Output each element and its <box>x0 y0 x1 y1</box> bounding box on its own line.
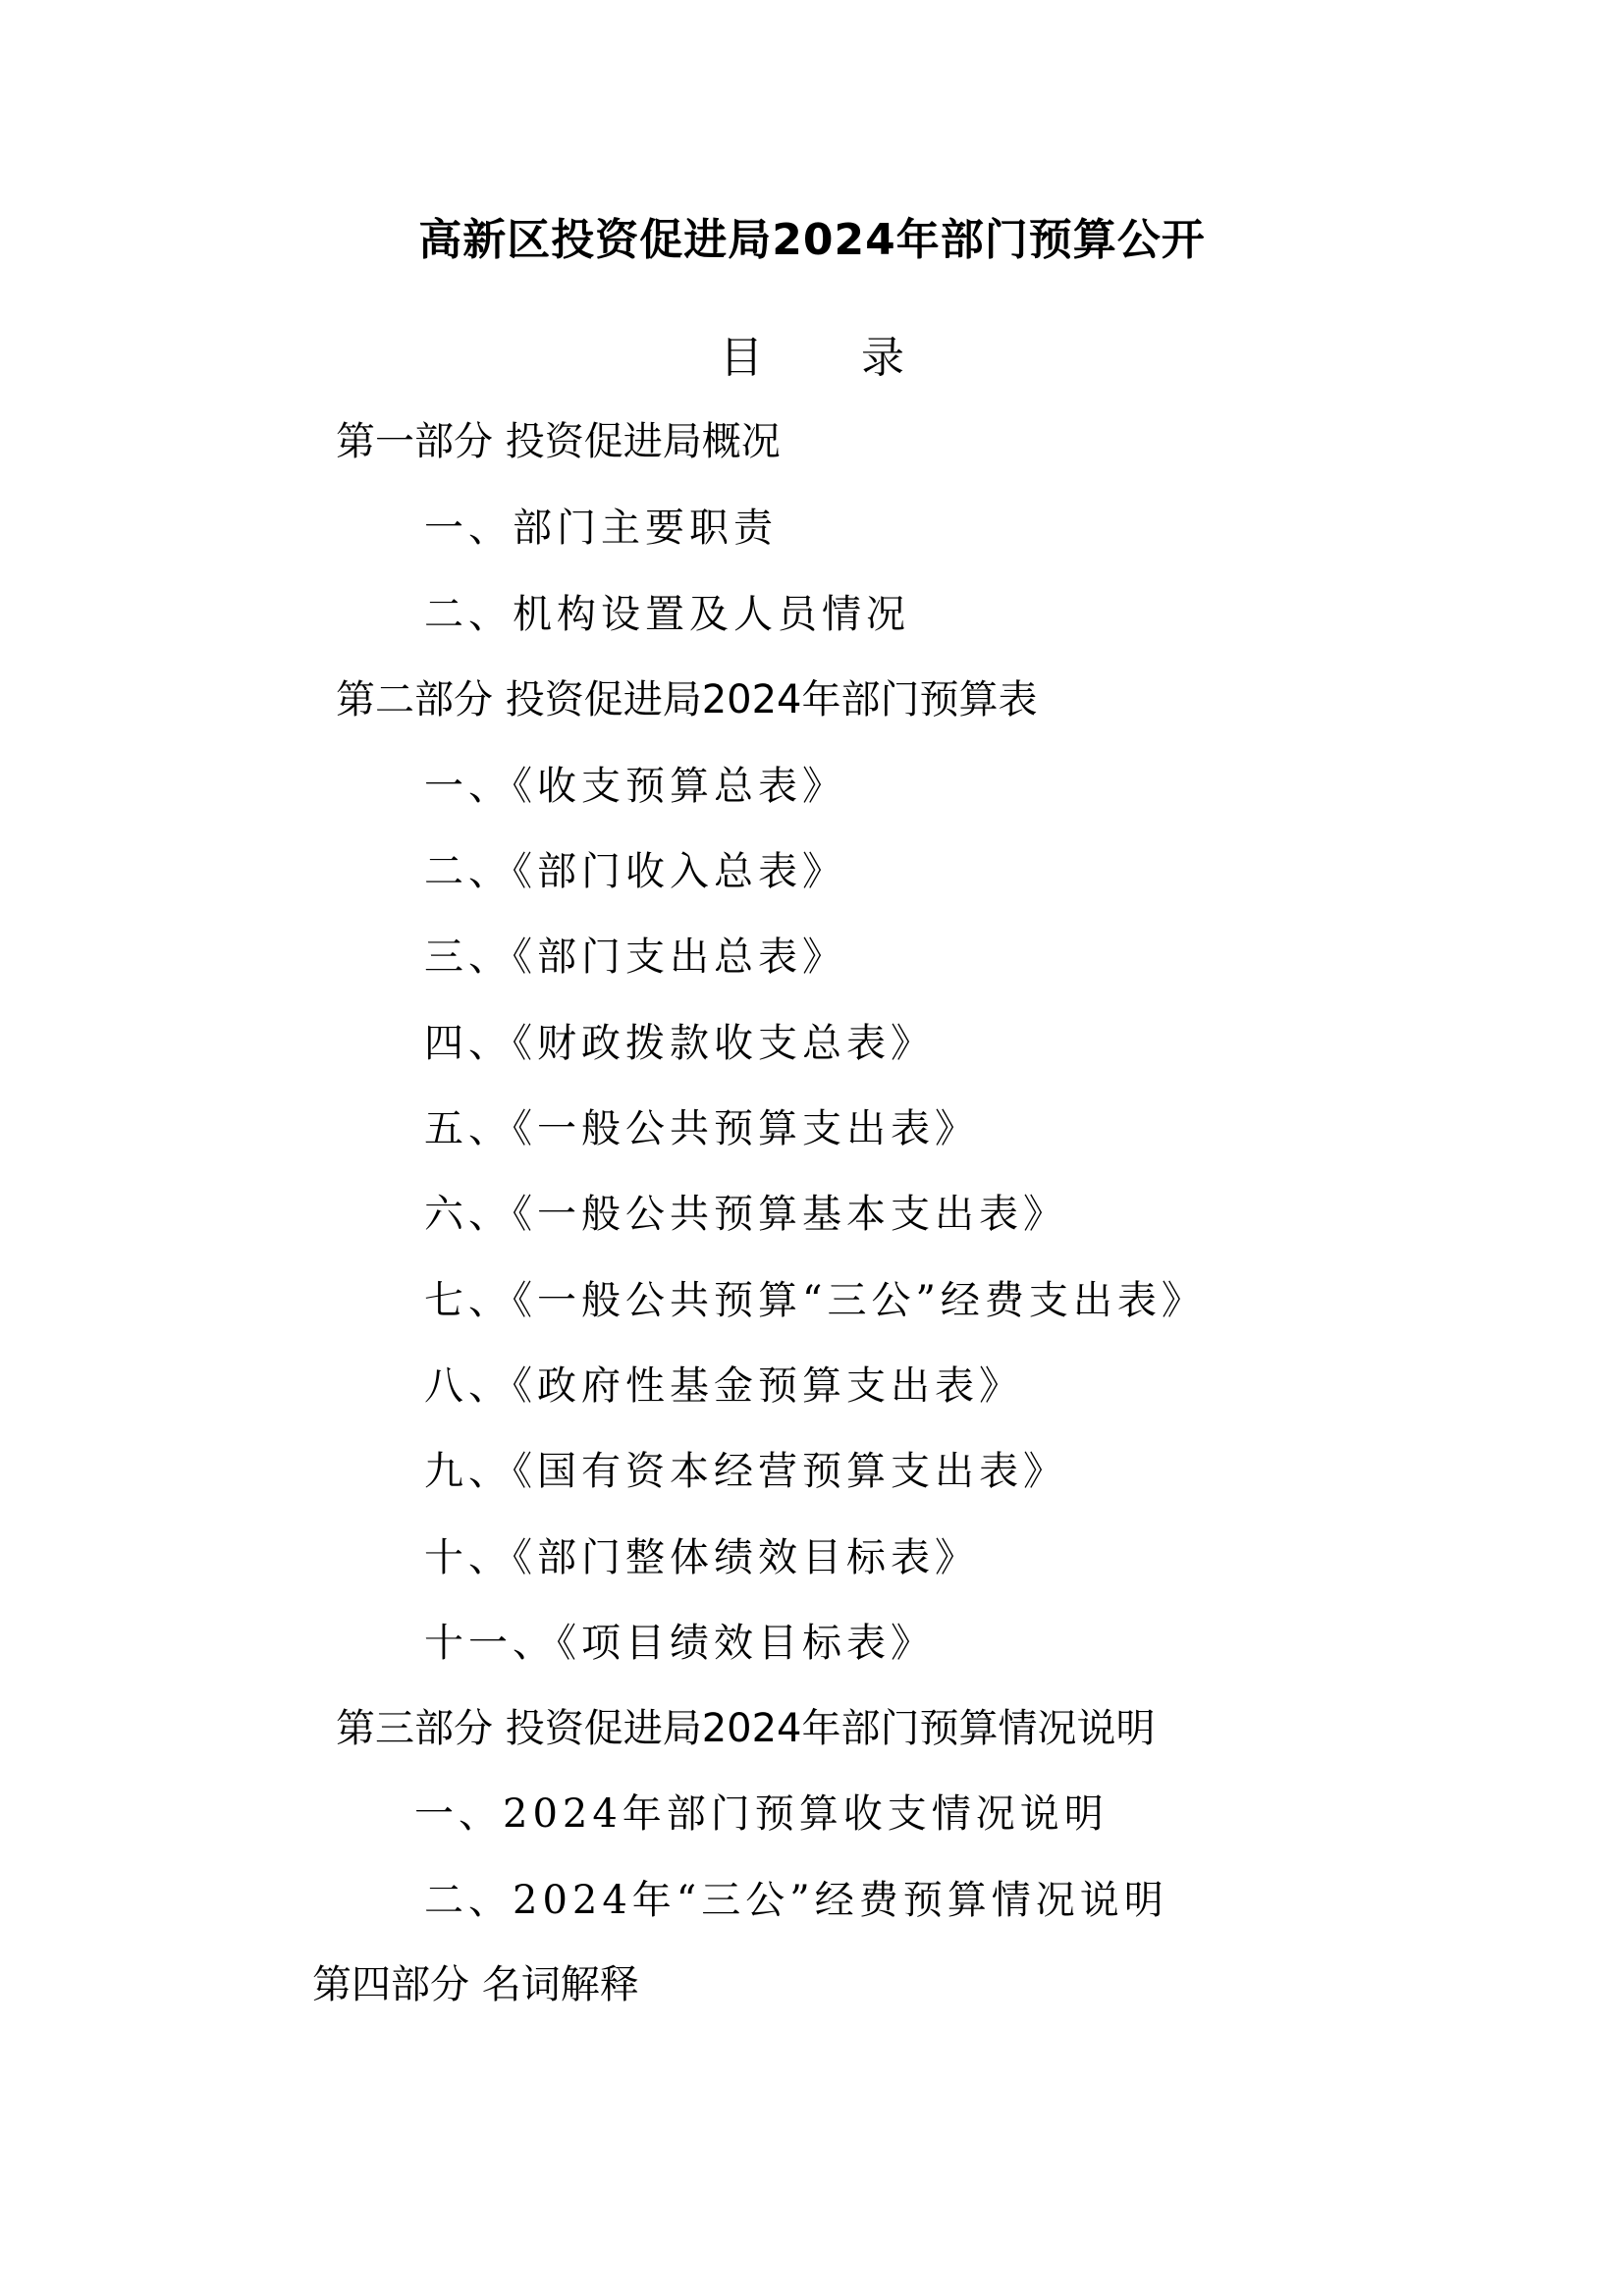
toc-item-1-2[interactable]: 二、机构设置及人员情况 <box>424 585 910 644</box>
toc-item-1-1[interactable]: 一、部门主要职责 <box>424 499 778 558</box>
document-page: 高新区投资促进局2024年部门预算公开 目录 第一部分 投资促进局概况 一、部门… <box>0 0 1624 2296</box>
toc-part-1[interactable]: 第一部分 投资促进局概况 <box>336 412 781 471</box>
toc-item-2-2[interactable]: 二、《部门收入总表》 <box>424 842 846 901</box>
toc-item-2-11[interactable]: 十一、《项目绩效目标表》 <box>424 1614 935 1673</box>
document-title: 高新区投资促进局2024年部门预算公开 <box>0 206 1624 275</box>
toc-item-2-6[interactable]: 六、《一般公共预算基本支出表》 <box>424 1185 1067 1244</box>
toc-part-3[interactable]: 第三部分 投资促进局2024年部门预算情况说明 <box>336 1699 1156 1758</box>
toc-heading-right: 录 <box>861 333 904 383</box>
toc-item-2-3[interactable]: 三、《部门支出总表》 <box>424 928 846 987</box>
toc-item-2-4[interactable]: 四、《财政拨款收支总表》 <box>424 1014 935 1073</box>
toc-item-2-8[interactable]: 八、《政府性基金预算支出表》 <box>424 1357 1023 1415</box>
toc-item-3-2[interactable]: 二、2024年“三公”经费预算情况说明 <box>424 1871 1168 1930</box>
toc-part-2[interactable]: 第二部分 投资促进局2024年部门预算表 <box>336 670 1038 729</box>
toc-item-2-7[interactable]: 七、《一般公共预算“三公”经费支出表》 <box>424 1271 1206 1330</box>
toc-heading-left: 目 <box>720 333 763 383</box>
toc-item-2-9[interactable]: 九、《国有资本经营预算支出表》 <box>424 1442 1067 1501</box>
toc-item-2-1[interactable]: 一、《收支预算总表》 <box>424 757 846 816</box>
toc-item-2-5[interactable]: 五、《一般公共预算支出表》 <box>424 1099 979 1158</box>
toc-item-3-1[interactable]: 一、2024年部门预算收支情况说明 <box>414 1785 1109 1843</box>
toc-heading: 目录 <box>0 324 1624 393</box>
toc-part-4[interactable]: 第四部分 名词解释 <box>312 1955 639 2014</box>
toc-item-2-10[interactable]: 十、《部门整体绩效目标表》 <box>424 1528 979 1587</box>
